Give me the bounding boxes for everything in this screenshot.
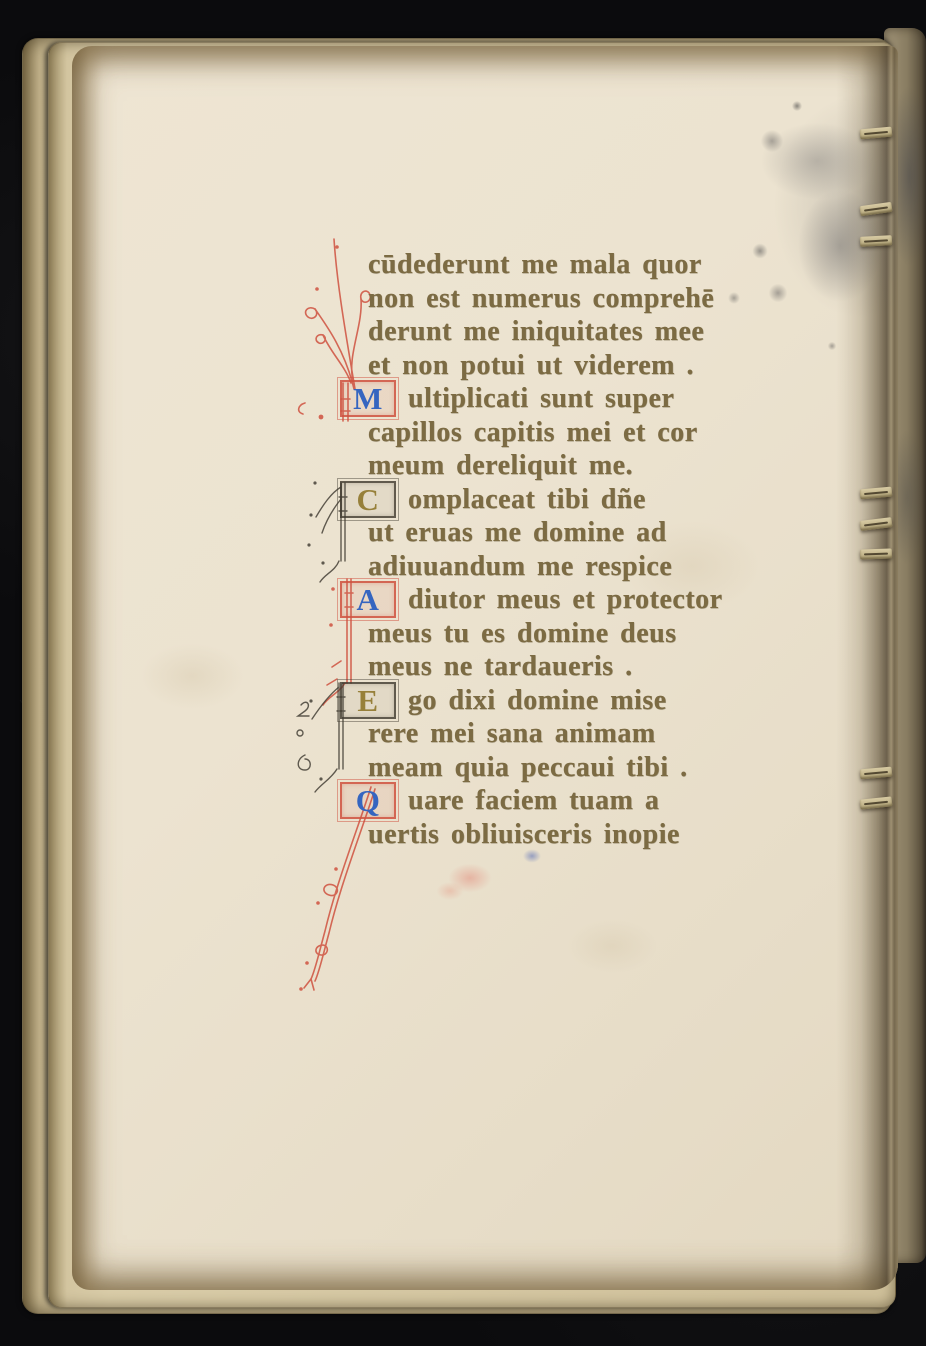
line-text: capillos capitis mei et cor — [368, 416, 698, 450]
text-line: M ultiplicati sunt super — [368, 382, 810, 416]
text-line: rere mei sana animam — [368, 717, 810, 751]
text-line: capillos capitis mei et cor — [368, 416, 810, 450]
illuminated-initial-m: M — [340, 380, 396, 417]
text-line: E go dixi domine mise — [368, 684, 810, 718]
illuminated-initial-e: E — [340, 682, 396, 719]
text-line: non est numerus comprehē — [368, 282, 810, 316]
text-line: meus tu es domine deus — [368, 617, 810, 651]
text-line: cūdederunt me mala quor — [368, 248, 810, 282]
text-line: adiuuandum me respice — [368, 550, 810, 584]
text-line: derunt me iniquitates mee — [368, 315, 810, 349]
text-line: C omplaceat tibi dñe — [368, 483, 810, 517]
illuminated-initial-q: Q — [340, 782, 396, 819]
text-line: meum dereliquit me. — [368, 449, 810, 483]
text-line: Q uare faciem tuam a — [368, 784, 810, 818]
line-text: rere mei sana animam — [368, 717, 656, 751]
line-text: omplaceat tibi dñe — [368, 483, 646, 517]
line-text: meum dereliquit me. — [368, 449, 633, 483]
line-text: ut eruas me domine ad — [368, 516, 667, 550]
line-text: go dixi domine mise — [368, 684, 667, 718]
text-line: A diutor meus et protector — [368, 583, 810, 617]
sewing-station — [860, 235, 892, 247]
line-text: et non potui ut viderem . — [368, 349, 694, 383]
text-line: meus ne tardaueris . — [368, 650, 810, 684]
line-text: adiuuandum me respice — [368, 550, 672, 584]
text-line: uertis obliuisceris inopie — [368, 818, 810, 852]
line-text: uare faciem tuam a — [368, 784, 659, 818]
line-text: derunt me iniquitates mee — [368, 315, 704, 349]
illuminated-initial-c: C — [340, 481, 396, 518]
line-text: meus tu es domine deus — [368, 617, 677, 651]
line-text: cūdederunt me mala quor — [368, 248, 702, 282]
text-line: meam quia peccaui tibi . — [368, 751, 810, 785]
text-line: ut eruas me domine ad — [368, 516, 810, 550]
page-left-crease — [72, 46, 102, 1290]
text-line: et non potui ut viderem . — [368, 349, 810, 383]
manuscript-page: cūdederunt me mala quor non est numerus … — [72, 46, 898, 1290]
line-text: non est numerus comprehē — [368, 282, 714, 316]
line-text: uertis obliuisceris inopie — [368, 818, 680, 852]
text-block: cūdederunt me mala quor non est numerus … — [368, 248, 810, 851]
illuminated-initial-a: A — [340, 581, 396, 618]
binding-gutter — [836, 46, 898, 1290]
line-text: meus ne tardaueris . — [368, 650, 633, 684]
line-text: meam quia peccaui tibi . — [368, 751, 688, 785]
manuscript-photo: cūdederunt me mala quor non est numerus … — [0, 0, 926, 1346]
sewing-station — [860, 548, 892, 559]
line-text: diutor meus et protector — [368, 583, 723, 617]
line-text: ultiplicati sunt super — [368, 382, 674, 416]
